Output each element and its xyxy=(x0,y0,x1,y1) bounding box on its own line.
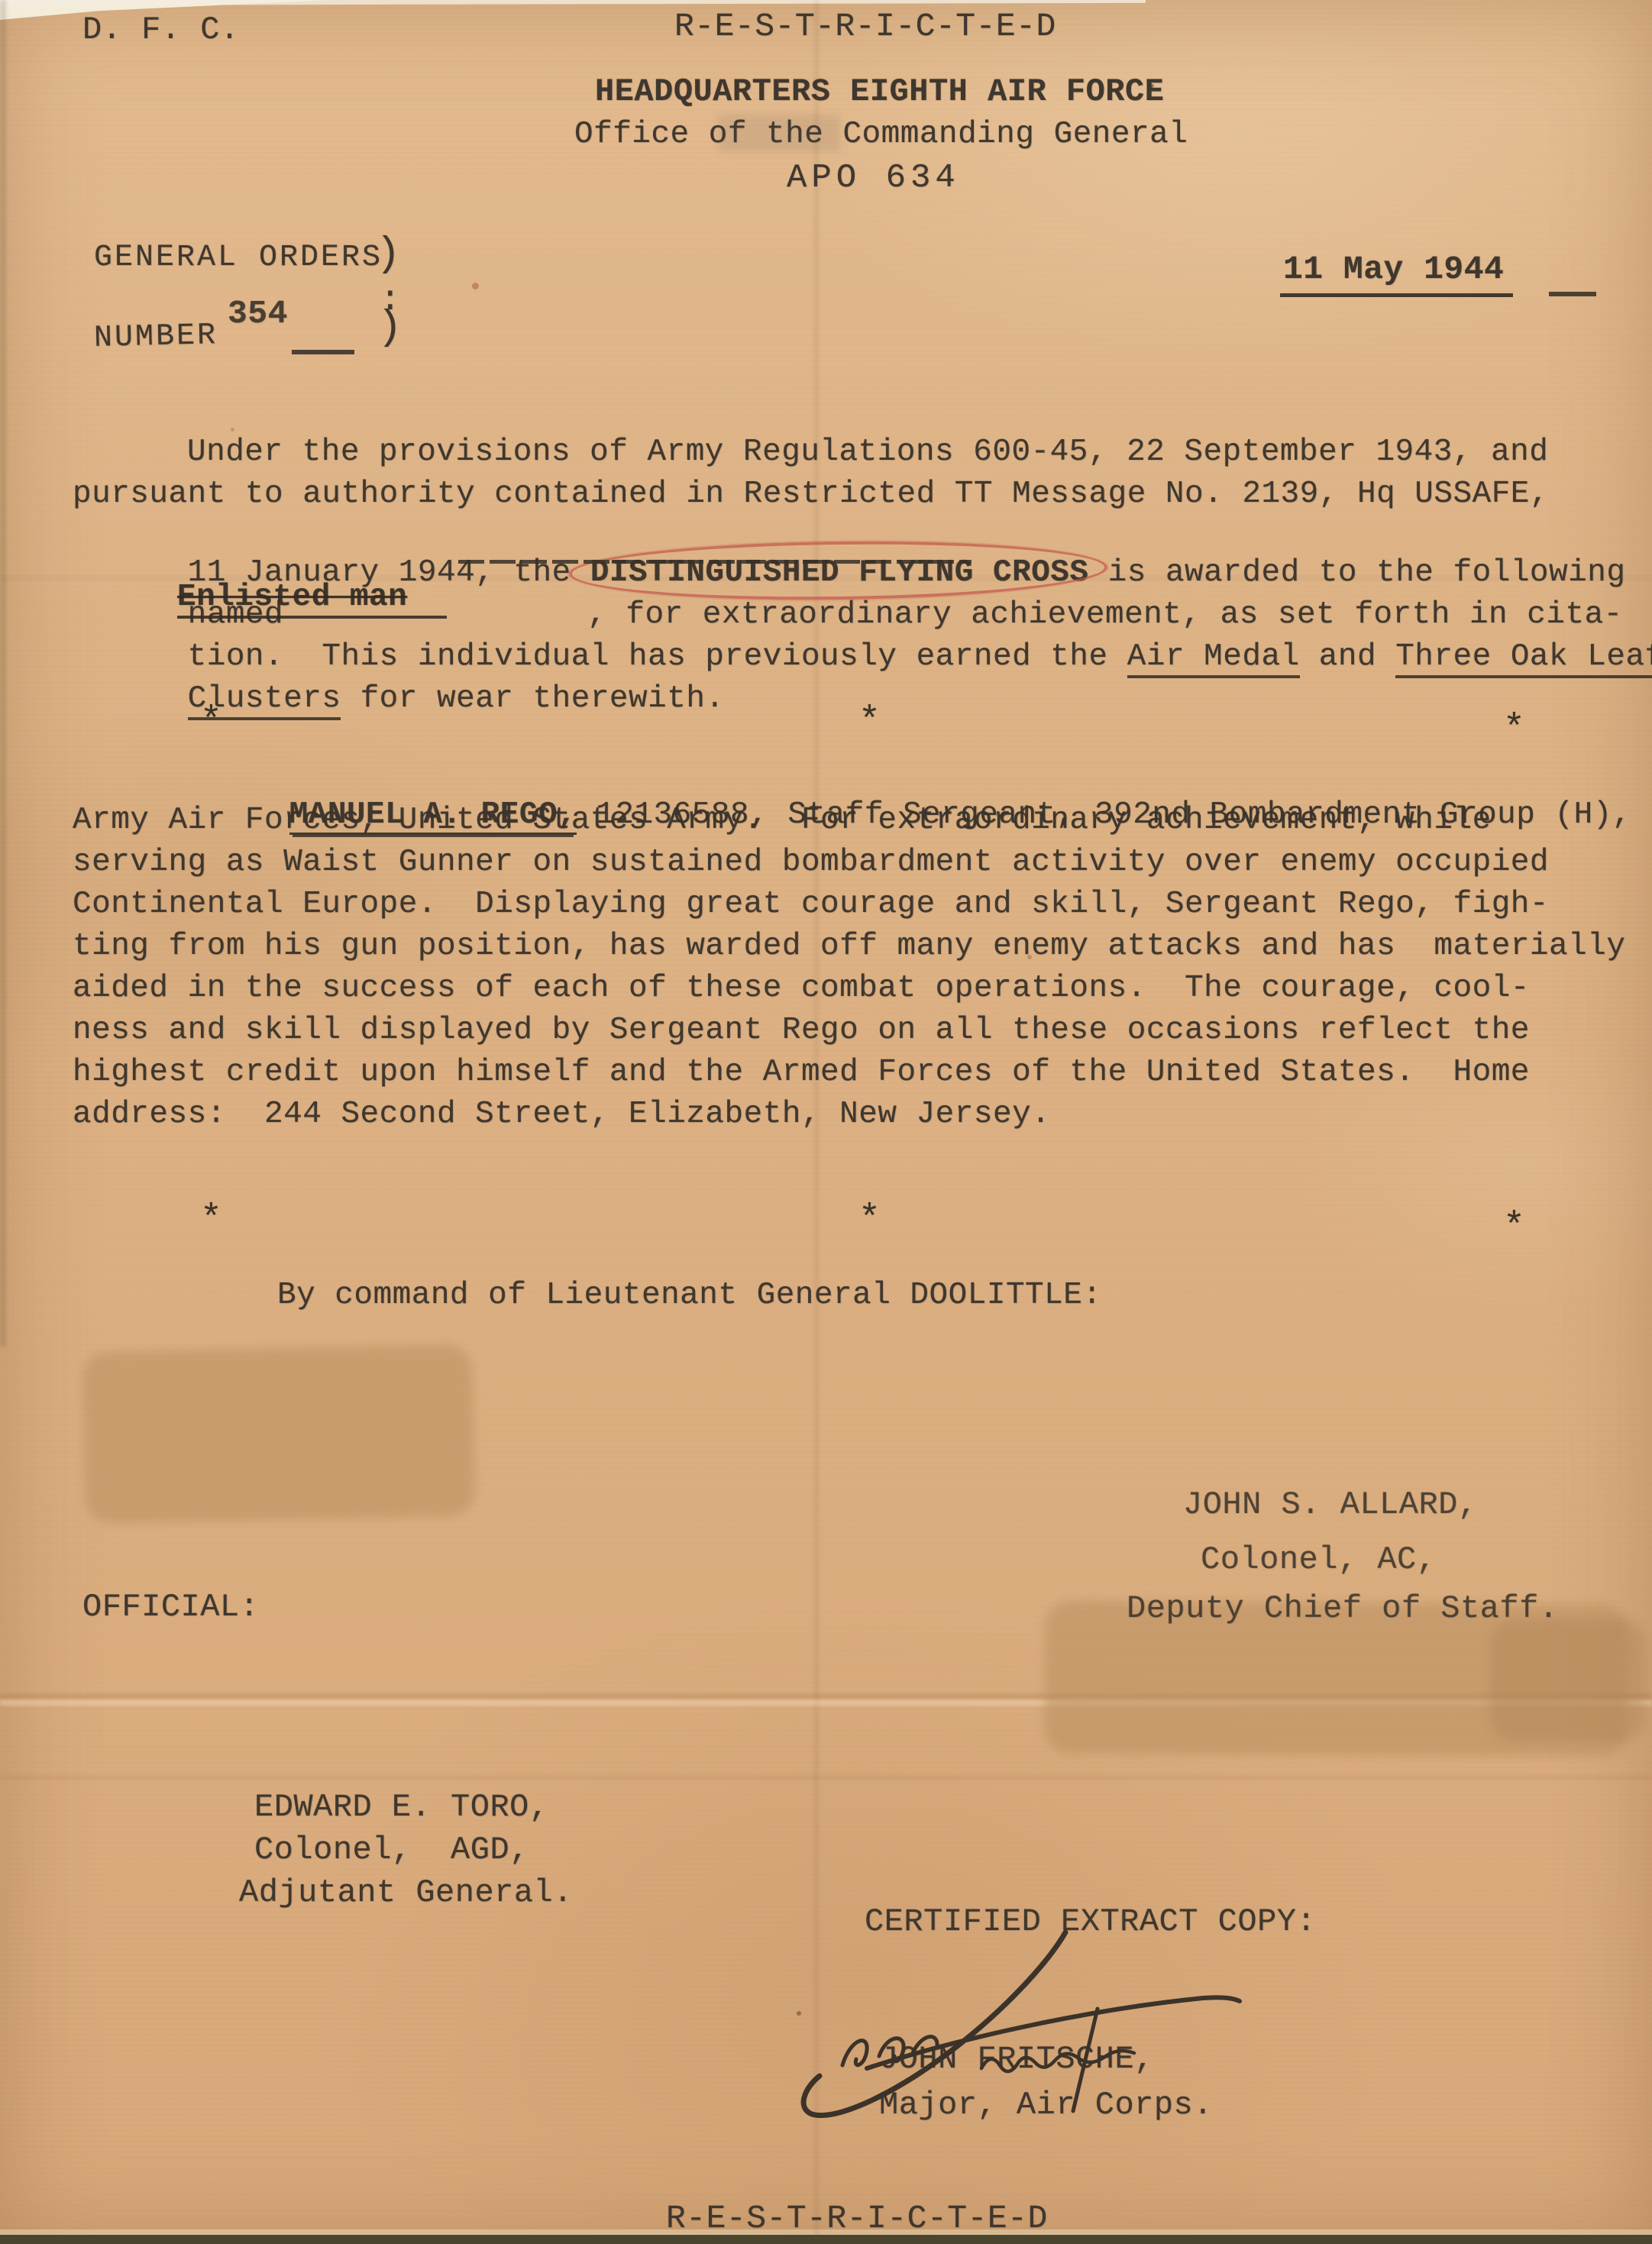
paragraph-line: highest credit upon himself and the Arme… xyxy=(73,1054,1646,1096)
chief-title: Deputy Chief of Staff. xyxy=(1127,1590,1559,1628)
citation-paragraph: MANUEL A. REGO, 12136588, Staff Sergeant… xyxy=(73,760,1646,1138)
document-scan: D. F. C. R-E-S-T-R-I-C-T-E-D HEADQUARTER… xyxy=(0,0,1652,2244)
number-underline xyxy=(292,350,354,354)
adjutant-name: EDWARD E. TORO, xyxy=(254,1789,549,1827)
chief-rank: Colonel, AC, xyxy=(1201,1541,1436,1580)
asterisk-separator: * xyxy=(858,1199,881,1240)
paragraph-line: MANUEL A. REGO, 12136588, Staff Sergeant… xyxy=(73,760,1646,802)
asterisk-separator: * xyxy=(858,701,881,742)
ink-smudge xyxy=(718,115,840,151)
asterisk-separator: * xyxy=(200,1199,222,1240)
asterisk-separator: * xyxy=(1503,1207,1525,1248)
scan-edge-top-strip xyxy=(0,0,1146,5)
line-text: is awarded to the following xyxy=(1089,555,1626,590)
date-underline-dash xyxy=(1549,292,1596,296)
scan-edge-left xyxy=(0,0,6,1347)
paragraph-line: 11 January 1944, the DISTINGUISHED FLYIN… xyxy=(73,518,1615,560)
command-line: By command of Lieutenant General DOOLITT… xyxy=(277,1277,1101,1314)
paragraph-line: pursuant to authority contained in Restr… xyxy=(73,476,1615,518)
asterisk-separator: * xyxy=(1503,709,1525,750)
fold-crease-lower xyxy=(0,1776,1652,1779)
paper-speck xyxy=(231,428,234,432)
adjutant-rank: Colonel, AGD, xyxy=(254,1832,529,1870)
dfc-abbreviation: D. F. C. xyxy=(82,11,240,50)
certifier-name: JOHN FRITSCHE, xyxy=(879,2041,1154,2079)
award-underline xyxy=(458,560,971,564)
paragraph-line: serving as Waist Gunner on sustained bom… xyxy=(73,844,1646,886)
general-orders-label: GENERAL ORDERS xyxy=(94,240,383,276)
underlined-air-medal: Air Medal xyxy=(1127,639,1300,678)
paragraph-line: aided in the success of each of these co… xyxy=(73,970,1646,1012)
orders-paren-top: ) xyxy=(376,231,401,280)
order-number: 354 xyxy=(228,295,288,334)
order-date: 11 May 1944 xyxy=(1280,251,1513,297)
number-label: NUMBER xyxy=(93,318,218,357)
paragraph-line: address: 244 Second Street, Elizabeth, N… xyxy=(73,1096,1646,1138)
headquarters-line: HEADQUARTERS EIGHTH AIR FORCE xyxy=(595,73,1164,112)
chief-name: JOHN S. ALLARD, xyxy=(1183,1486,1478,1525)
asterisk-separator: * xyxy=(200,701,222,742)
line-text: for wear therewith. xyxy=(341,681,724,716)
tape-stain-right-overlap xyxy=(1489,1619,1646,1741)
paper-speck xyxy=(472,283,479,289)
adjutant-title: Adjutant General. xyxy=(239,1874,573,1913)
apo-line: APO 634 xyxy=(787,159,960,199)
official-label: OFFICIAL: xyxy=(82,1589,259,1627)
orders-paren-bottom: ) xyxy=(377,304,402,353)
office-line: Office of the Commanding General xyxy=(574,116,1188,153)
line-text: and xyxy=(1300,639,1396,674)
line-text: , for extraordinary achievement, as set … xyxy=(587,597,1623,632)
paragraph-line: ting from his gun position, has warded o… xyxy=(73,928,1646,970)
inserted-enlisted-man: Enlisted man xyxy=(177,579,447,619)
paragraph-line: Army Air Forces, United States Army. For… xyxy=(73,802,1646,844)
paragraph-line: Continental Europe. Displaying great cou… xyxy=(73,886,1646,928)
classification-banner-bottom: R-E-S-T-R-I-C-T-E-D xyxy=(666,2200,1048,2239)
underlined-oak-leaf: Three Oak Leaf xyxy=(1395,639,1652,678)
tape-stain-left xyxy=(82,1344,476,1525)
paragraph-line: Under the provisions of Army Regulations… xyxy=(73,434,1615,476)
paragraph-line: ness and skill displayed by Sergeant Reg… xyxy=(73,1012,1646,1054)
classification-banner-top: R-E-S-T-R-I-C-T-E-D xyxy=(674,8,1056,47)
line-text: tion. This individual has previously ear… xyxy=(188,639,1127,674)
certifier-rank: Major, Air Corps. xyxy=(879,2087,1213,2125)
